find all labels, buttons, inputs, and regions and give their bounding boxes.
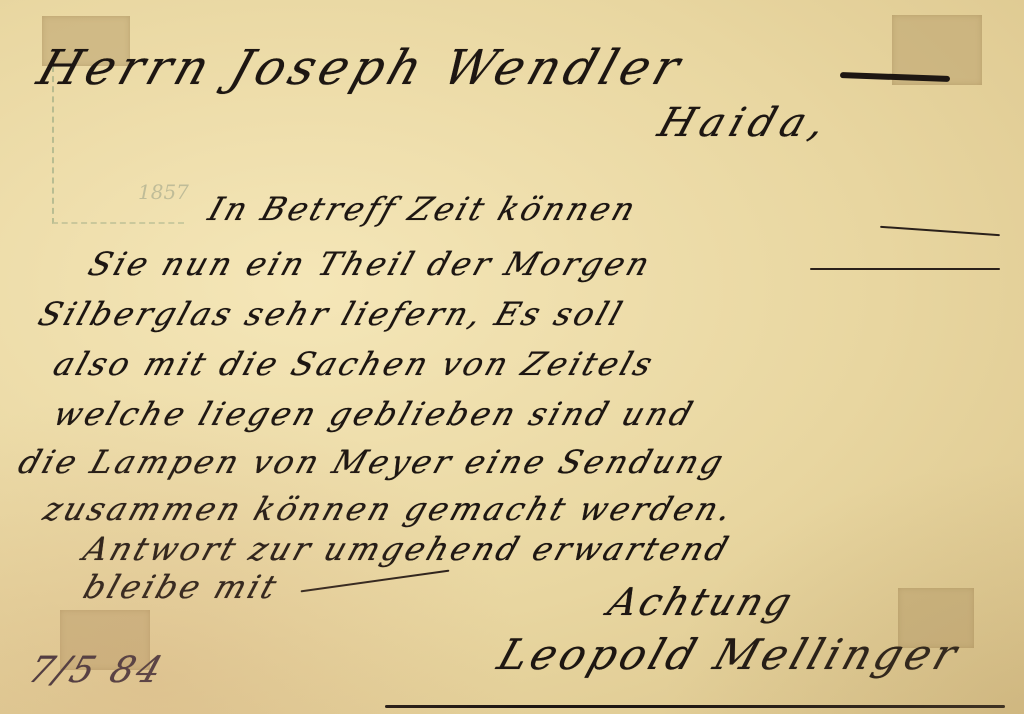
line-flourish: [880, 226, 1000, 236]
line-flourish: [301, 570, 450, 593]
body-line-8: Antwort zur umgehend erwartend: [79, 530, 736, 568]
closing: Achtung: [603, 580, 800, 624]
faded-stamp-mark: 1857: [138, 180, 189, 204]
body-line-2: Sie nun ein Theil der Morgen: [84, 245, 657, 283]
line-flourish: [810, 268, 1000, 270]
body-line-3: Silberglas sehr liefern, Es soll: [34, 295, 630, 333]
signature: Leopold Mellinger: [492, 630, 967, 679]
body-line-7: zusammen können gemacht werden.: [39, 490, 740, 528]
body-line-6: die Lampen von Meyer eine Sendung: [14, 443, 731, 481]
recipient-name: Herrn Joseph Wendler: [31, 40, 692, 96]
body-line-9: bleibe mit: [79, 568, 284, 606]
body-line-5: welche liegen geblieben sind und: [49, 395, 700, 433]
date-note: 7/5 84: [23, 650, 170, 691]
signature-underline: [385, 705, 1005, 708]
postcard: 1857 Herrn Joseph Wendler Haida, In Betr…: [0, 0, 1024, 714]
body-line-1: In Betreff Zeit können: [204, 190, 643, 228]
body-line-4: also mit die Sachen von Zeitels: [49, 345, 660, 383]
recipient-place: Haida,: [653, 100, 838, 146]
